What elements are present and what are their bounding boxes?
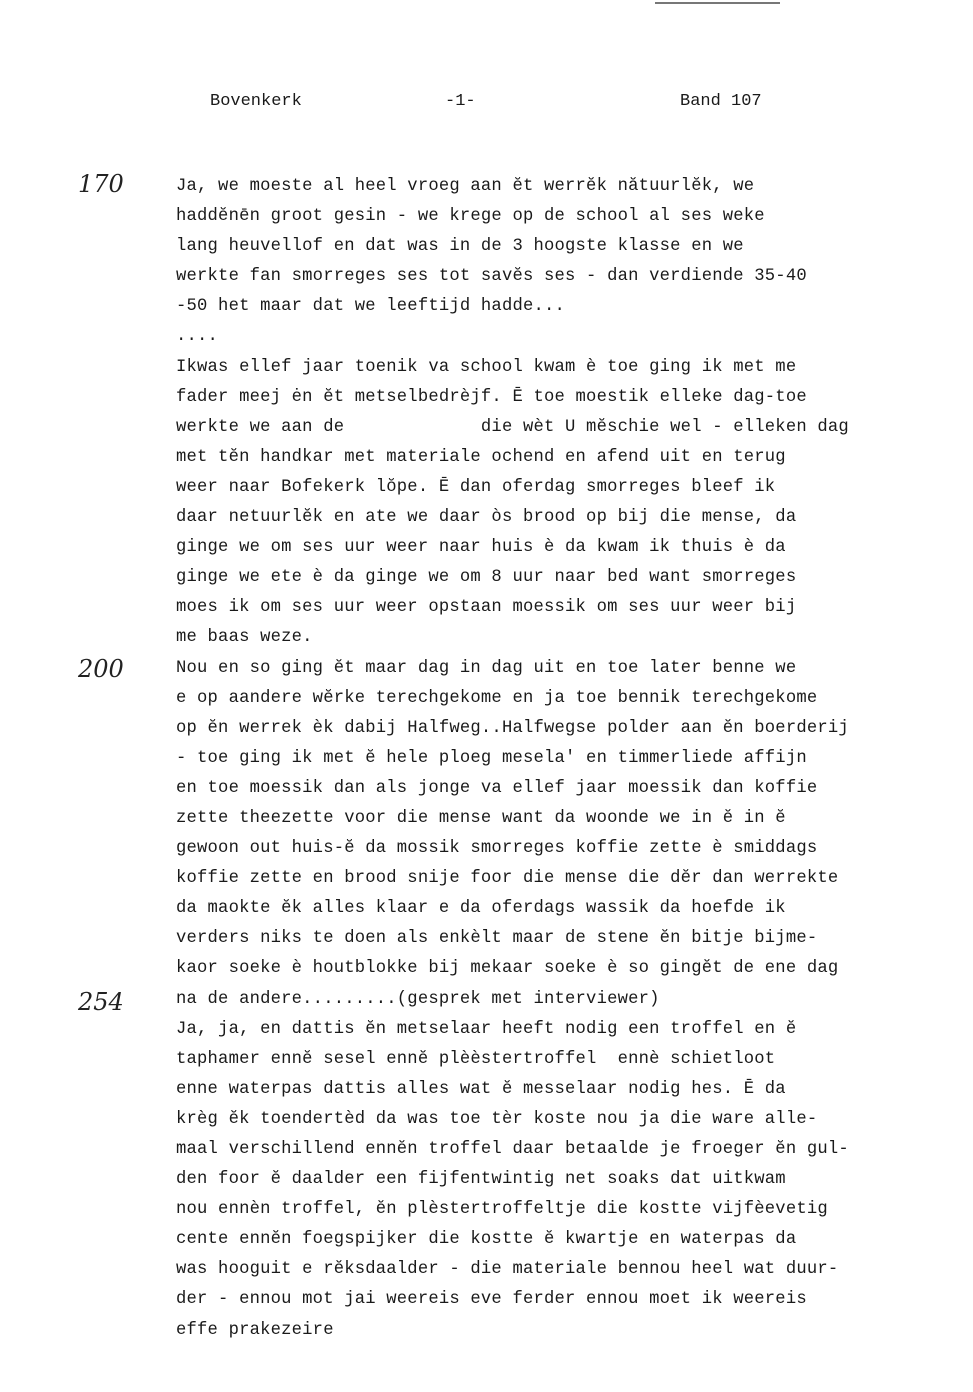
transcript-line: maal verschillend ennĕn troffel daar bet… xyxy=(176,1135,966,1165)
transcript-line: weer naar Bofekerk lŏpe. Ē dan oferdag s… xyxy=(176,473,966,503)
page-number: -1- xyxy=(445,92,476,111)
transcript-line: kaor soeke è houtblokke bij mekaar soeke… xyxy=(176,954,966,984)
transcript-line: -50 het maar dat we leeftijd hadde... xyxy=(176,292,966,322)
transcript-line: Ikwas ellef jaar toenik va school kwam è… xyxy=(176,353,966,383)
transcript-line: werkte we aan de die wèt U mĕschie wel -… xyxy=(176,413,966,443)
transcript-line: enne waterpas dattis alles wat ĕ messela… xyxy=(176,1075,966,1105)
transcript-line: daar netuurlĕk en ate we daar òs brood o… xyxy=(176,503,966,533)
transcript-line: gewoon out huis-ĕ da mossik smorreges ko… xyxy=(176,834,966,864)
transcript-line: moes ik om ses uur weer opstaan moessik … xyxy=(176,593,966,623)
transcript-line: effe prakezeire xyxy=(176,1316,966,1346)
transcript-line: was hooguit e rĕksdaalder - die material… xyxy=(176,1255,966,1285)
margin-note-counter: 200 xyxy=(78,655,124,683)
transcript-line: Ja, we moeste al heel vroeg aan ĕt werrĕ… xyxy=(176,172,966,202)
transcript-line: ginge we om ses uur weer naar huis è da … xyxy=(176,533,966,563)
margin-note-counter: 170 xyxy=(78,170,124,198)
transcript-line: verders niks te doen als enkèlt maar de … xyxy=(176,924,966,954)
header-location: Bovenkerk xyxy=(210,92,302,111)
transcript-line: Nou en so ging ĕt maar dag in dag uit en… xyxy=(176,654,966,684)
transcript-line: en toe moessik dan als jonge va ellef ja… xyxy=(176,774,966,804)
transcript-line: op ĕn werrek èk dabij Halfweg..Halfwegse… xyxy=(176,714,966,744)
transcript-line: nou ennèn troffel, ĕn plèstertroffeltje … xyxy=(176,1195,966,1225)
transcript-line: Ja, ja, en dattis ĕn metselaar heeft nod… xyxy=(176,1015,966,1045)
transcript-line: werkte fan smorreges ses tot savĕs ses -… xyxy=(176,262,966,292)
transcript-line: na de andere.........(gesprek met interv… xyxy=(176,985,966,1015)
scan-artifact-line xyxy=(655,2,780,4)
transcript-line: der - ennou mot jai weereis eve ferder e… xyxy=(176,1285,966,1315)
transcript-line: me baas weze. xyxy=(176,623,966,653)
transcript-line: .... xyxy=(176,322,966,352)
transcript-line: taphamer ennĕ sesel ennĕ plèèstertroffel… xyxy=(176,1045,966,1075)
transcript-line: lang heuvellof en dat was in de 3 hoogst… xyxy=(176,232,966,262)
transcript-line: haddĕnēn groot gesin - we krege op de sc… xyxy=(176,202,966,232)
transcript-line: da maokte ĕk alles klaar e da oferdags w… xyxy=(176,894,966,924)
transcript-line: cente ennĕn foegspijker die kostte ĕ kwa… xyxy=(176,1225,966,1255)
transcript-line: koffie zette en brood snije foor die men… xyxy=(176,864,966,894)
page-header: Bovenkerk -1- Band 107 xyxy=(0,92,973,114)
transcript-line: met tĕn handkar met materiale ochend en … xyxy=(176,443,966,473)
header-band: Band 107 xyxy=(680,92,762,111)
transcript-line: ginge we ete è da ginge we om 8 uur naar… xyxy=(176,563,966,593)
transcript-line: zette theezette voor die mense want da w… xyxy=(176,804,966,834)
transcript-line: den foor ĕ daalder een fijfentwintig net… xyxy=(176,1165,966,1195)
transcript-line: fader meej ėn ĕt metselbedrèjf. Ē toe mo… xyxy=(176,383,966,413)
transcript-line: e op aandere wĕrke terechgekome en ja to… xyxy=(176,684,966,714)
transcript-body: Ja, we moeste al heel vroeg aan ĕt werrĕ… xyxy=(176,172,966,1346)
transcript-line: - toe ging ik met ĕ hele ploeg mesela' e… xyxy=(176,744,966,774)
margin-note-counter: 254 xyxy=(78,988,124,1016)
transcript-line: krèg ĕk toendertèd da was toe tèr koste … xyxy=(176,1105,966,1135)
